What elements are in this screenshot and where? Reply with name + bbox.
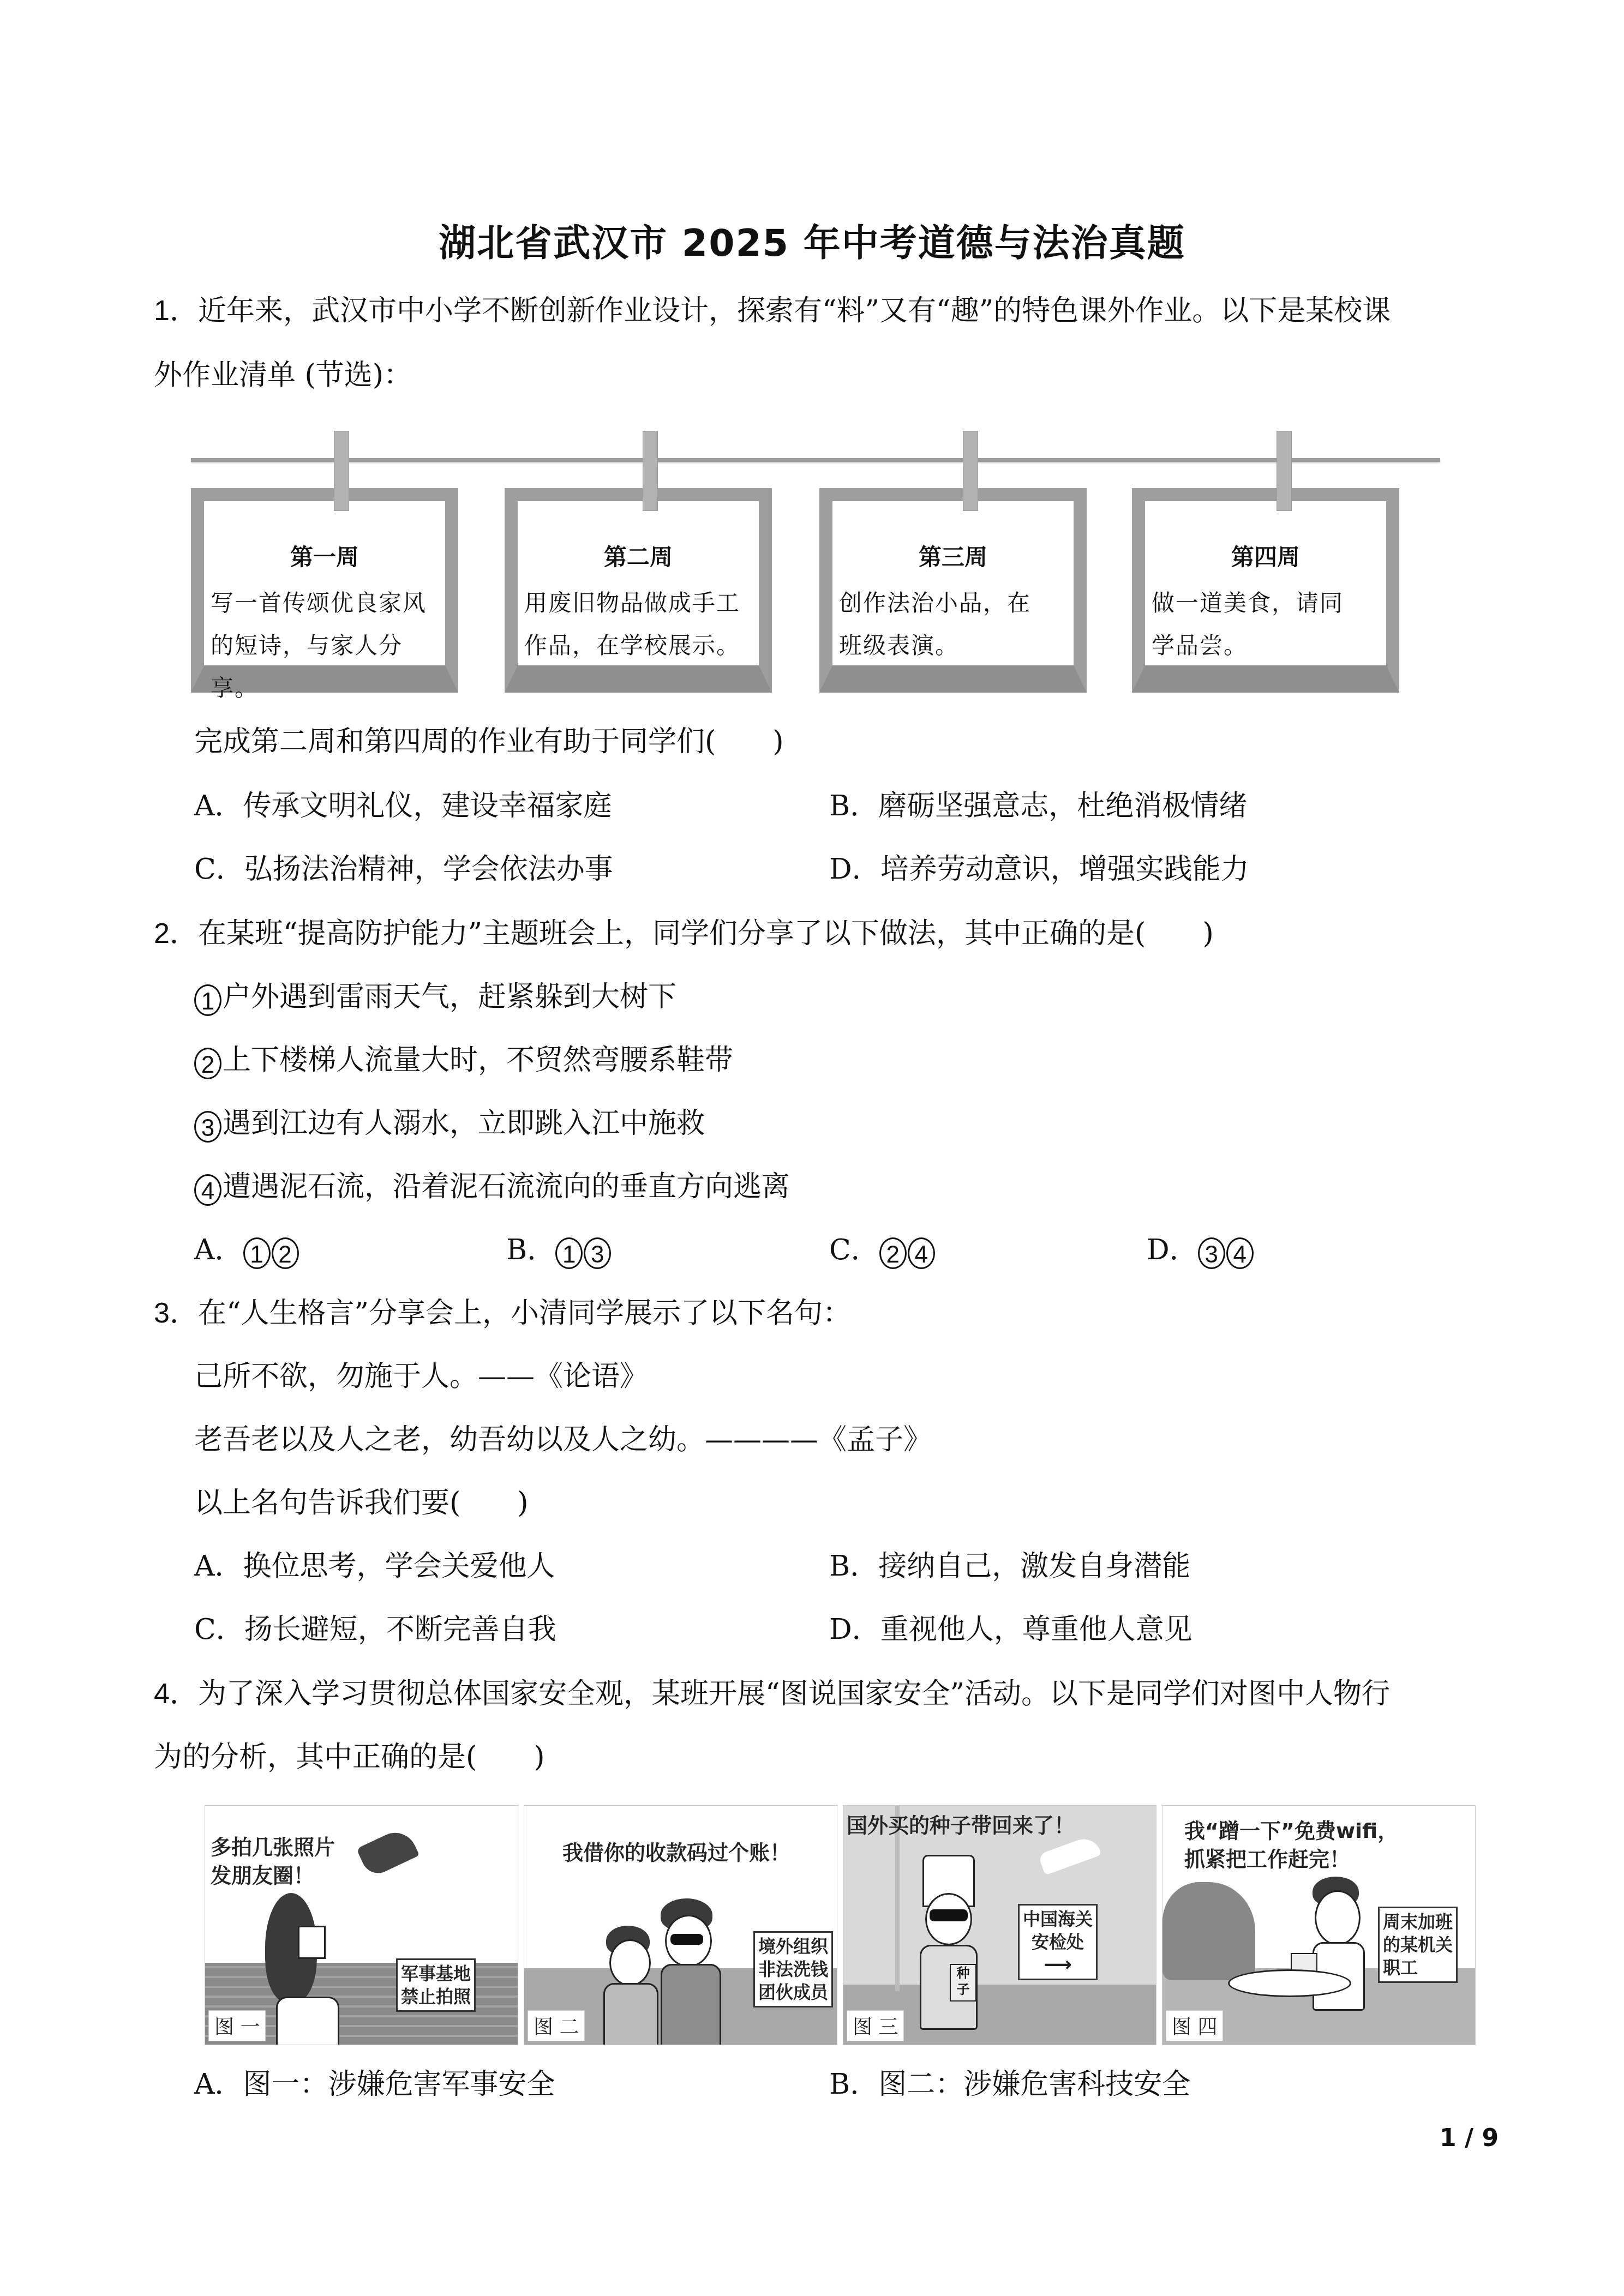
option-d[interactable]: D．重视他人，尊重他人意见	[829, 1613, 1192, 1646]
option-b[interactable]: B．磨砺坚强意志，杜绝消极情绪	[829, 790, 1247, 822]
circled-number-icon: 2	[194, 1048, 221, 1079]
comic-figure: 多拍几张照片 发朋友圈！ 军事基地 禁止拍照 图 一 我借你的收款码过个账！	[205, 1805, 1476, 2045]
question-1-stem-line-2: 外作业清单 (节选)：	[154, 359, 412, 392]
sunglasses-icon	[670, 1934, 703, 1945]
week-card-1: 第一周 写一首传颂优良家风 的短诗，与家人分享。	[191, 488, 458, 693]
seed-box: 种子	[950, 1964, 976, 2002]
comic-panel-1: 多拍几张照片 发朋友圈！ 军事基地 禁止拍照 图 一	[205, 1805, 518, 2045]
question-1-stem-line-1: 1．近年来，武汉市中小学不断创新作业设计，探索有“料”又有“趣”的特色课外作业。…	[154, 294, 1391, 327]
circled-number-icon: 4	[1226, 1237, 1254, 1269]
circled-number-icon: 3	[584, 1237, 611, 1269]
comic-panel-3: 国外买的种子带回来了！ 种子 中国海关 安检处 ⟶ 图 三	[843, 1805, 1156, 2045]
card-week-label: 第二周	[518, 539, 759, 572]
clothespin-icon	[334, 431, 349, 511]
sign-customs: 中国海关 安检处 ⟶	[1018, 1904, 1098, 1980]
homework-list-figure: 第一周 写一首传颂优良家风 的短诗，与家人分享。 第二周 用废旧物品做成手工 作…	[191, 431, 1440, 693]
question-4-stem-line-1: 4．为了深入学习贯彻总体国家安全观，某班开展“图说国家安全”活动。以下是同学们对…	[154, 1678, 1390, 1710]
page-indicator: 1 / 9	[1440, 2124, 1499, 2152]
figure-label: 图 二	[528, 2010, 585, 2041]
page-title: 湖北省武汉市 2025 年中考道德与法治真题	[0, 214, 1624, 267]
comic-panel-2: 我借你的收款码过个账！ 境外组织 非法洗钱 团伙成员 图 二	[524, 1805, 837, 2045]
quote-1: 己所不欲，勿施于人。——《论语》	[194, 1360, 648, 1393]
card-text: 用废旧物品做成手工 作品，在学校展示。	[524, 582, 754, 667]
week-card-4: 第四周 做一道美食，请同 学品尝。	[1132, 488, 1399, 693]
circled-number-icon: 1	[555, 1237, 583, 1269]
table-icon	[1228, 1969, 1351, 1997]
card-week-label: 第三周	[832, 539, 1074, 572]
sign-military-base: 军事基地 禁止拍照	[396, 1958, 476, 2012]
clothespin-icon	[963, 431, 978, 511]
speech-text: 多拍几张照片 发朋友圈！	[211, 1833, 335, 1890]
fighter-jet-icon	[356, 1826, 420, 1879]
card-text: 写一首传颂优良家风 的短诗，与家人分享。	[211, 582, 441, 710]
circled-number-icon: 1	[194, 984, 221, 1016]
sunglasses-icon	[930, 1909, 968, 1921]
option-b[interactable]: B．图二：涉嫌危害科技安全	[829, 2068, 1190, 2101]
comic-panel-4: 我“蹭一下”免费wifi， 抓紧把工作赶完！ 周末加班 的某机关 职工 图 四	[1162, 1805, 1476, 2045]
speech-text: 我借你的收款码过个账！	[562, 1838, 790, 1867]
figure-label: 图 一	[208, 2010, 266, 2041]
question-3-stem: 3．在“人生格言”分享会上，小清同学展示了以下名句：	[154, 1297, 851, 1330]
airplane-icon	[1038, 1834, 1101, 1875]
speech-text: 国外买的种子带回来了！	[847, 1811, 1075, 1840]
question-number: 3．	[154, 1297, 198, 1329]
statement-2: 2上下楼梯人流量大时，不贸然弯腰系鞋带	[194, 1044, 733, 1079]
clothespin-icon	[1277, 431, 1292, 511]
circled-number-icon: 2	[272, 1237, 299, 1269]
option-a[interactable]: A．传承文明礼仪，建设幸福家庭	[194, 790, 612, 822]
option-d[interactable]: D．培养劳动意识，增强实践能力	[829, 853, 1249, 886]
option-a[interactable]: A．12	[194, 1234, 300, 1269]
clothesline	[191, 458, 1440, 462]
stem-text: 近年来，武汉市中小学不断创新作业设计，探索有“料”又有“趣”的特色课外作业。以下…	[198, 294, 1391, 327]
circled-number-icon: 4	[908, 1237, 935, 1269]
question-number: 2．	[154, 918, 198, 949]
week-card-3: 第三周 创作法治小品，在 班级表演。	[819, 488, 1087, 693]
circled-number-icon: 1	[243, 1237, 271, 1269]
option-c[interactable]: C．扬长避短，不断完善自我	[194, 1613, 556, 1646]
quote-2: 老吾老以及人之老，幼吾幼以及人之幼。————《孟子》	[194, 1423, 932, 1456]
card-week-label: 第一周	[204, 539, 445, 572]
figure-label: 图 四	[1166, 2010, 1223, 2041]
tree-icon	[1162, 1882, 1255, 1980]
circled-number-icon: 3	[194, 1111, 221, 1143]
question-1-prompt: 完成第二周和第四周的作业有助于同学们( )	[194, 725, 784, 758]
week-card-2: 第二周 用废旧物品做成手工 作品，在学校展示。	[505, 488, 772, 693]
card-text: 做一道美食，请同 学品尝。	[1152, 582, 1382, 667]
clothespin-icon	[643, 431, 658, 511]
circled-number-icon: 4	[194, 1174, 221, 1206]
option-c[interactable]: C．弘扬法治精神，学会依法办事	[194, 853, 613, 886]
option-a[interactable]: A．图一：涉嫌危害军事安全	[194, 2068, 555, 2101]
statement-1: 1户外遇到雷雨天气，赶紧躲到大树下	[194, 981, 676, 1016]
sign-civil-servant: 周末加班 的某机关 职工	[1378, 1907, 1458, 1983]
option-d[interactable]: D．34	[1147, 1234, 1255, 1269]
speech-text: 我“蹭一下”免费wifi， 抓紧把工作赶完！	[1184, 1817, 1398, 1873]
option-b[interactable]: B．接纳自己，激发自身潜能	[829, 1550, 1190, 1583]
question-number: 4．	[154, 1678, 198, 1710]
card-week-label: 第四周	[1145, 539, 1386, 572]
question-2-stem: 2．在某班“提高防护能力”主题班会上，同学们分享了以下做法，其中正确的是( )	[154, 917, 1214, 950]
question-4-stem-line-2: 为的分析，其中正确的是( )	[154, 1741, 545, 1774]
figure-label: 图 三	[847, 2010, 904, 2041]
question-3-prompt: 以上名句告诉我们要( )	[194, 1487, 529, 1519]
statement-4: 4遭遇泥石流，沿着泥石流流向的垂直方向逃离	[194, 1170, 790, 1206]
statement-3: 3遇到江边有人溺水，立即跳入江中施救	[194, 1107, 705, 1143]
question-number: 1．	[154, 295, 198, 327]
phone-icon	[298, 1926, 326, 1959]
circled-number-icon: 3	[1198, 1237, 1225, 1269]
sign-money-laundering: 境外组织 非法洗钱 团伙成员	[753, 1931, 833, 2008]
card-text: 创作法治小品，在 班级表演。	[839, 582, 1069, 667]
option-b[interactable]: B．13	[506, 1234, 612, 1269]
option-a[interactable]: A．换位思考，学会关爱他人	[194, 1550, 555, 1583]
circled-number-icon: 2	[879, 1237, 907, 1269]
arrow-right-icon: ⟶	[1023, 1954, 1093, 1976]
option-c[interactable]: C．24	[829, 1234, 936, 1269]
